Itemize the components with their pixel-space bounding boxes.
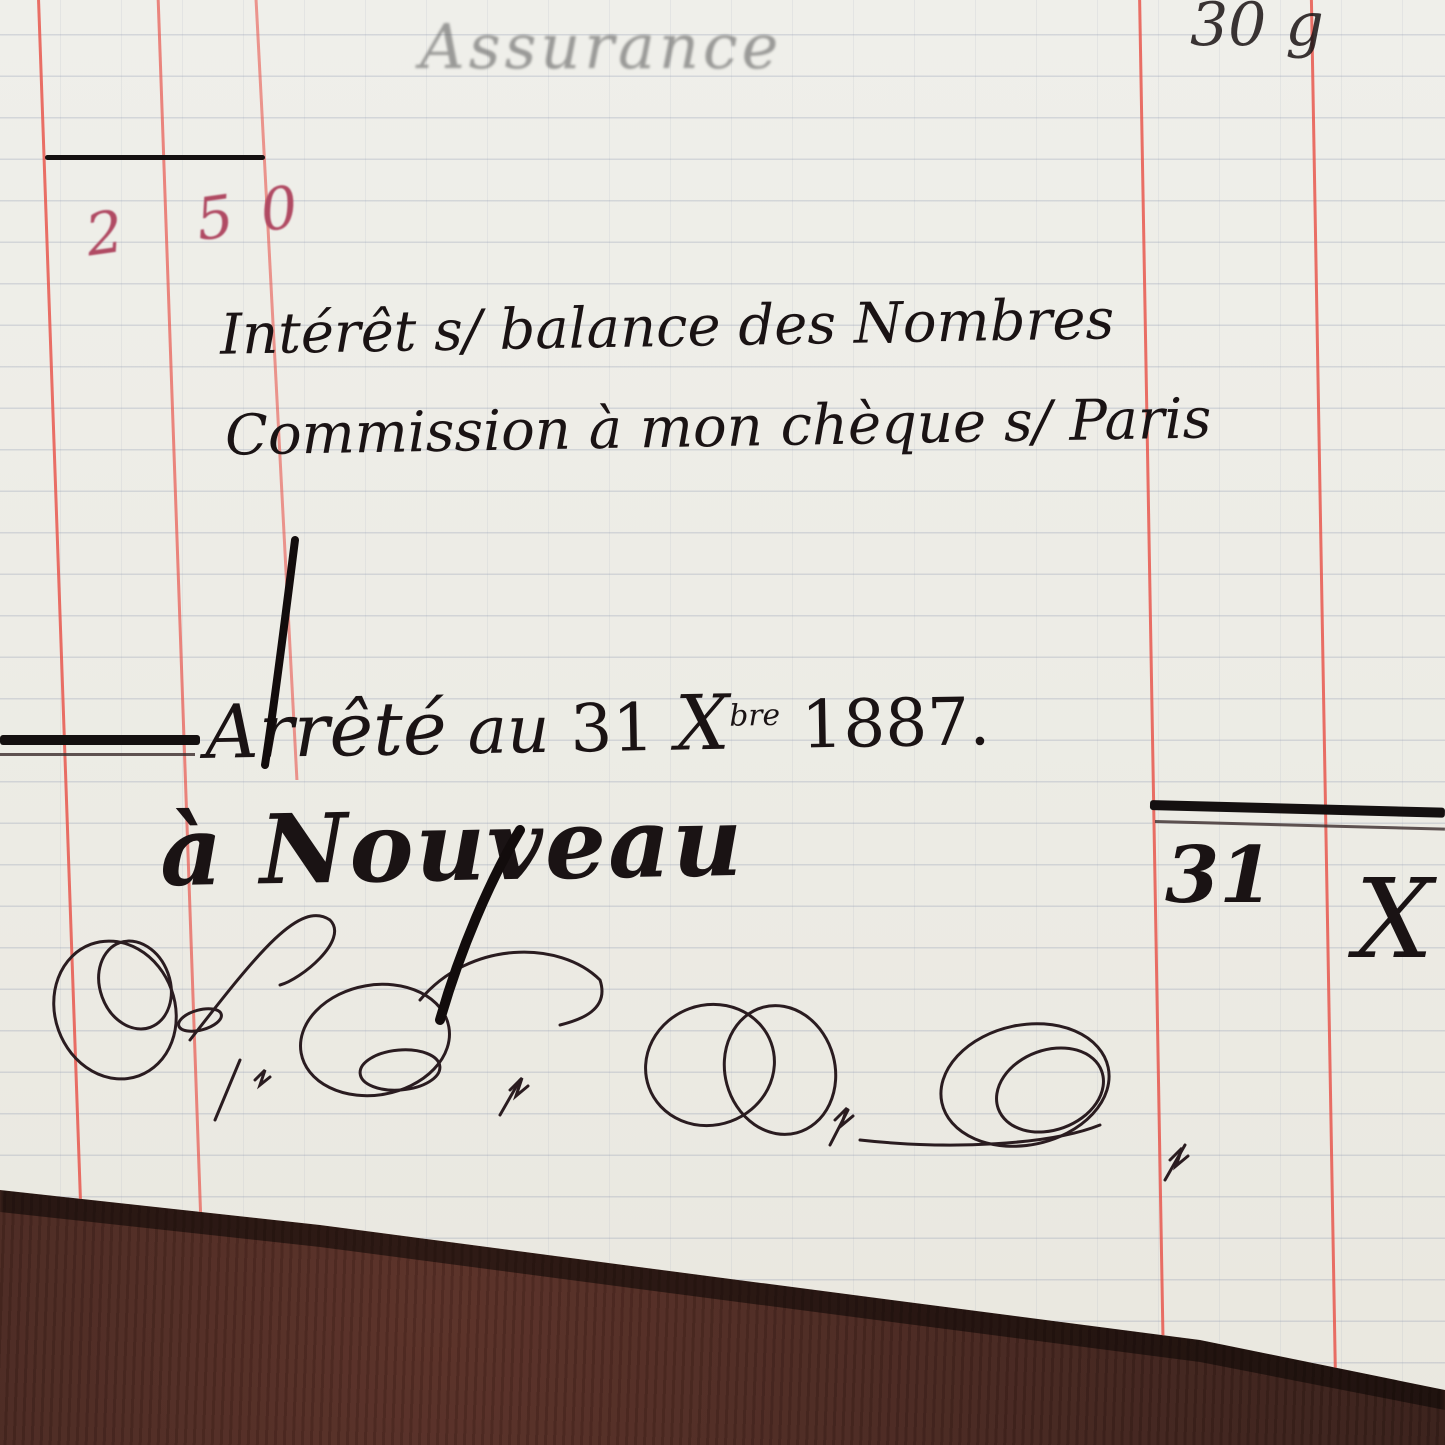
photo-scene: Assurance 30 g 2 50 Intérêt s/ balance d… (0, 0, 1445, 1445)
